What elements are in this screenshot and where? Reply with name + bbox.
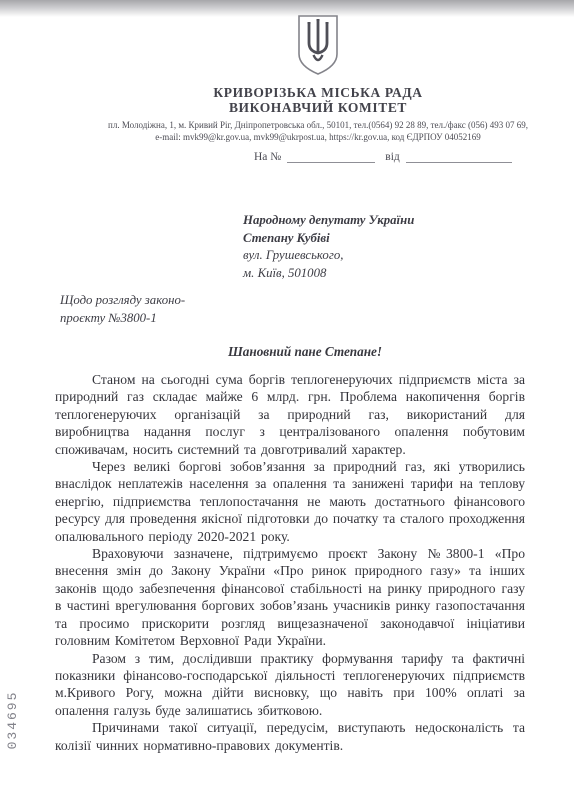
salutation: Шановний пане Степане! (60, 344, 550, 360)
recipient-street: вул. Грушевського, (243, 247, 414, 265)
registration-stamp-number: 034695 (5, 683, 21, 757)
scanned-letter-page: КРИВОРІЗЬКА МІСЬКА РАДА ВИКОНАВЧИЙ КОМІТ… (0, 0, 574, 808)
letterhead: КРИВОРІЗЬКА МІСЬКА РАДА ВИКОНАВЧИЙ КОМІТ… (64, 14, 572, 143)
subject-line2: проєкту №3800-1 (60, 309, 185, 327)
reference-number-blank (287, 150, 375, 163)
subject-block: Щодо розгляду законо- проєкту №3800-1 (60, 291, 185, 327)
org-address-line2: e-mail: mvk99@kr.gov.ua, mvk99@ukrpost.u… (64, 132, 572, 144)
body-paragraph: Станом на сьогодні сума боргів теплогене… (55, 371, 525, 458)
reference-on-label: На № (254, 151, 281, 163)
ukraine-trident-emblem-icon (295, 14, 341, 81)
reference-date-blank (406, 150, 512, 163)
org-name-line2: ВИКОНАВЧИЙ КОМІТЕТ (64, 100, 572, 116)
body-paragraph: Через великі боргові зобов’язання за при… (55, 458, 525, 545)
reference-line: На №від (254, 150, 512, 163)
org-address-line1: пл. Молодіжна, 1, м. Кривий Ріг, Дніпроп… (64, 120, 572, 132)
body-paragraph: Разом з тим, дослідивши практику формува… (55, 650, 525, 720)
body-paragraph: Враховуючи зазначене, підтримуємо проєкт… (55, 545, 525, 649)
recipient-title: Народному депутату України (243, 212, 414, 230)
recipient-name: Степану Кубіві (243, 230, 414, 248)
body-paragraph: Причинами такої ситуації, передусім, вис… (55, 719, 525, 754)
org-name-line1: КРИВОРІЗЬКА МІСЬКА РАДА (64, 85, 572, 100)
letter-body: Станом на сьогодні сума боргів теплогене… (55, 371, 525, 754)
recipient-block: Народному депутату України Степану Кубів… (243, 212, 414, 282)
reference-from-label: від (385, 151, 399, 163)
recipient-city: м. Київ, 501008 (243, 265, 414, 283)
subject-line1: Щодо розгляду законо- (60, 291, 185, 309)
org-contact-block: пл. Молодіжна, 1, м. Кривий Ріг, Дніпроп… (64, 120, 572, 143)
